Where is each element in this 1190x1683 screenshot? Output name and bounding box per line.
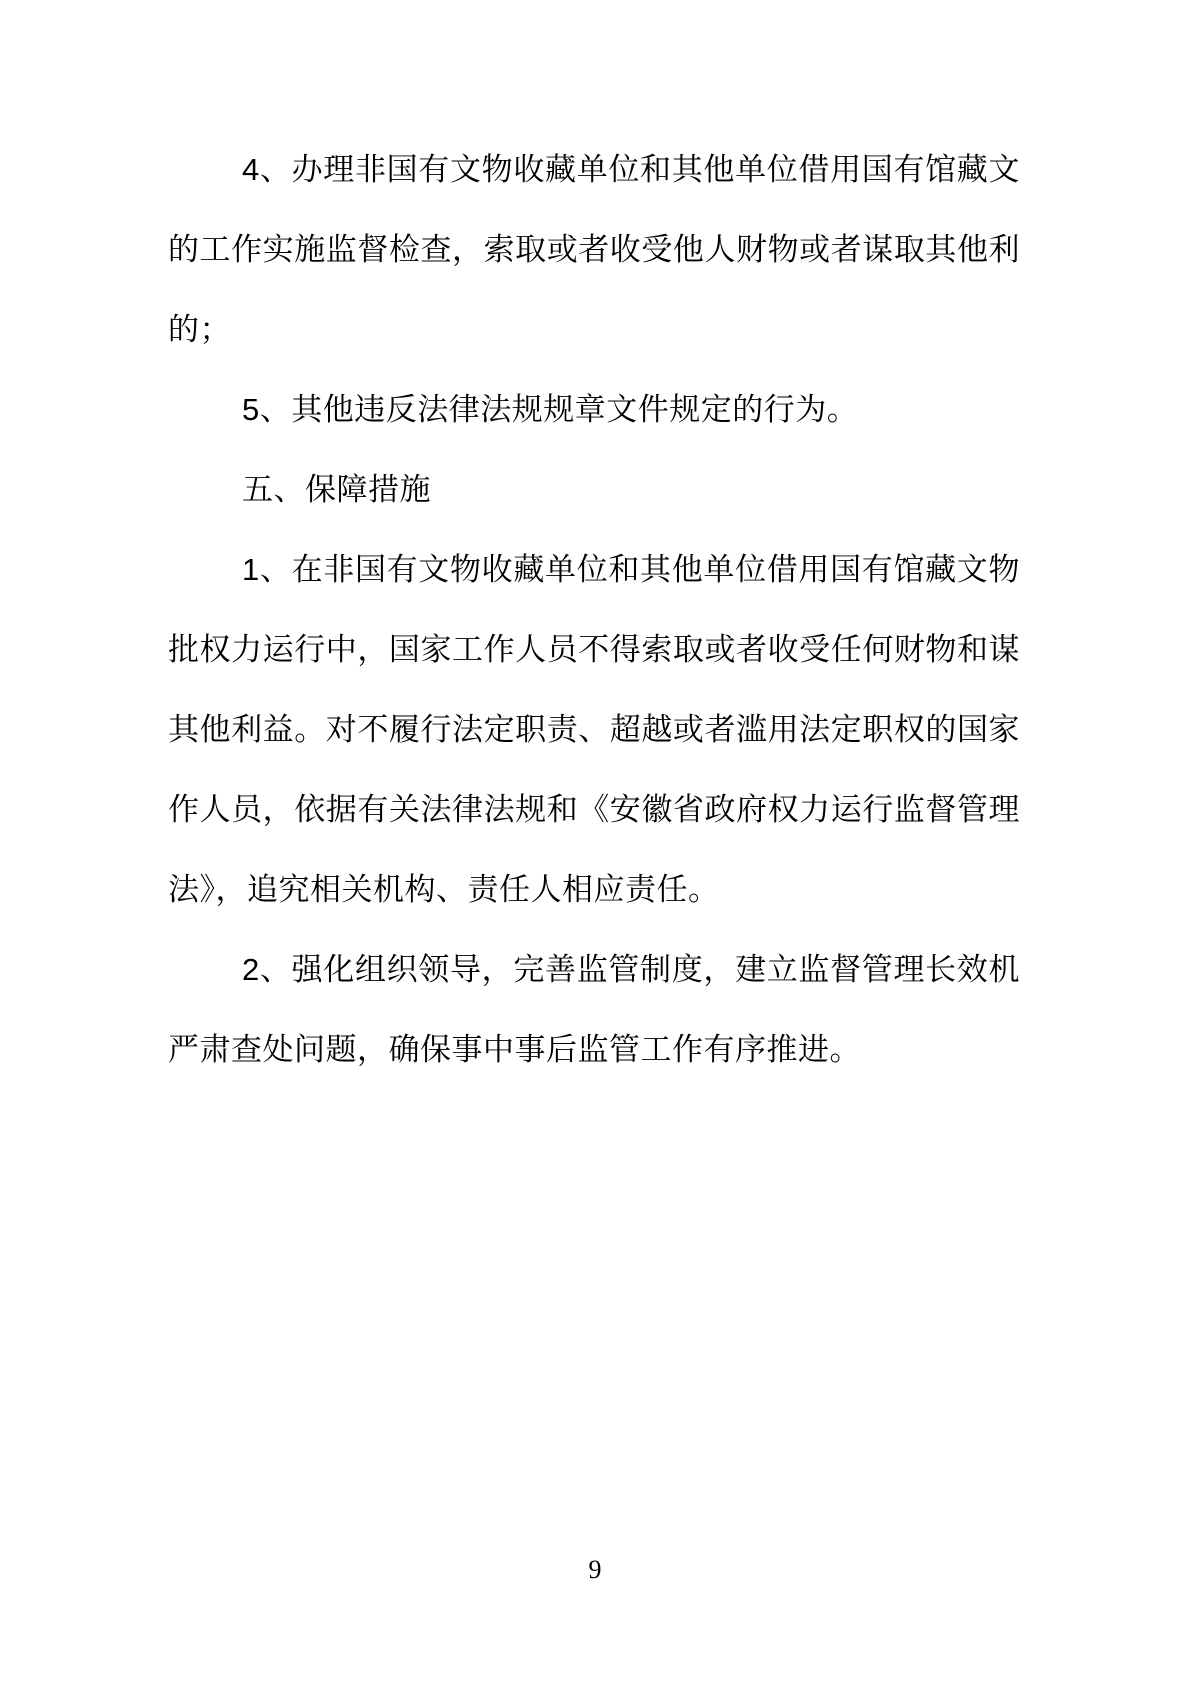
paragraph-safeguard-1-line-4: 作人员，依据有关法律法规和《安徽省政府权力运行监督管理办 <box>168 770 1020 850</box>
paragraph-safeguard-1-line-1: 1、在非国有文物收藏单位和其他单位借用国有馆藏文物审 <box>168 530 1020 610</box>
paragraph-item-4-line-2: 的工作实施监督检查，索取或者收受他人财物或者谋取其他利益 <box>168 210 1020 290</box>
paragraph-safeguard-1-line-5: 法》，追究相关机构、责任人相应责任。 <box>168 850 1020 930</box>
paragraph-item-4-line-1: 4、办理非国有文物收藏单位和其他单位借用国有馆藏文物 <box>168 130 1020 210</box>
page-number: 9 <box>0 1552 1190 1588</box>
paragraph-safeguard-2-line-2: 严肃查处问题，确保事中事后监管工作有序推进。 <box>168 1010 1020 1090</box>
document-body: 4、办理非国有文物收藏单位和其他单位借用国有馆藏文物的工作实施监督检查，索取或者… <box>168 130 1020 1090</box>
paragraph-safeguard-2-line-1: 2、强化组织领导，完善监管制度，建立监督管理长效机制， <box>168 930 1020 1010</box>
paragraph-safeguard-1-line-3: 其他利益。对不履行法定职责、超越或者滥用法定职权的国家工 <box>168 690 1020 770</box>
document-page: 4、办理非国有文物收藏单位和其他单位借用国有馆藏文物的工作实施监督检查，索取或者… <box>0 0 1190 1683</box>
paragraph-item-5-line-1: 5、其他违反法律法规规章文件规定的行为。 <box>168 370 1020 450</box>
paragraph-safeguard-1-line-2: 批权力运行中，国家工作人员不得索取或者收受任何财物和谋取 <box>168 610 1020 690</box>
paragraph-item-4-line-3: 的； <box>168 290 1020 370</box>
paragraph-section-heading-5-line-1: 五、保障措施 <box>168 450 1020 530</box>
